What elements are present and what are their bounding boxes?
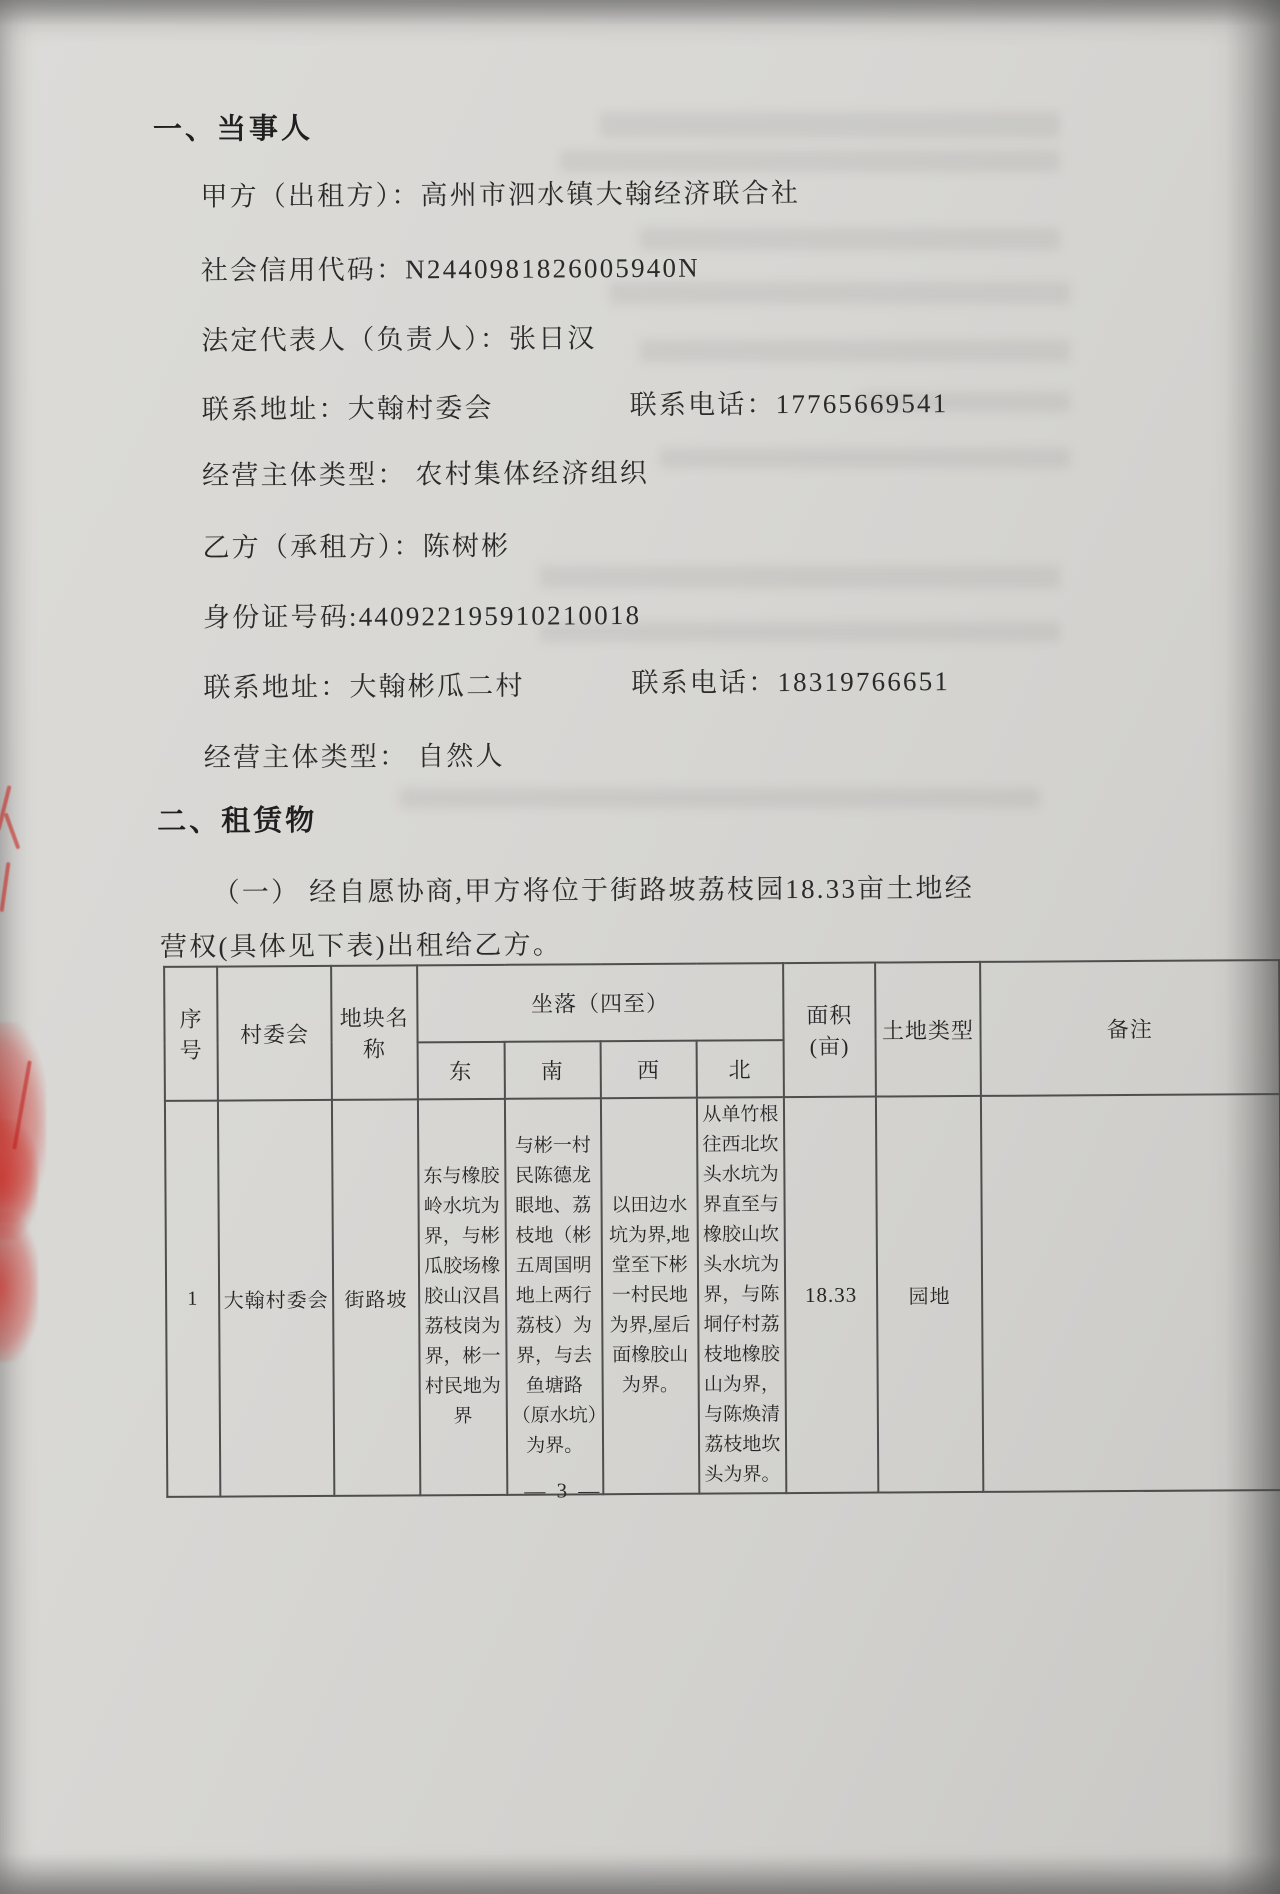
col-header-north: 北 [696,1040,783,1098]
col-header-plot-name: 地块名称 [331,965,418,1100]
party-b-entity-type: 经营主体类型： 自然人 [204,734,505,775]
cell-land-type: 园地 [876,1096,983,1493]
section-heading-lease-object: 二、租赁物 [157,798,317,840]
party-a-credit-code: 社会信用代码：N2440981826005940N [201,246,700,288]
land-parcel-table: 序号 村委会 地块名称 坐落（四至） 面积(亩) 土地类型 备注 东 南 西 北 [163,959,1280,1498]
page-number: — 3 — [473,1478,653,1504]
party-a-address: 联系地址：大翰村委会 [202,386,494,427]
clause-line-1: （一） 经自愿协商,甲方将位于街路坡荔枝园18.33亩土地经 [213,866,974,910]
party-b-id-number: 身份证号码:440922195910210018 [203,593,642,635]
cell-east-boundary: 东与橡胶岭水坑为界，与彬瓜胶场橡胶山汉昌荔枝岗为界，彬一村民地为界 [418,1099,507,1496]
cell-area: 18.33 [784,1097,879,1494]
cell-north-boundary: 从单竹根往西北坎头水坑为界直至与橡胶山坎头水坑为界，与陈垌仔村荔枝地橡胶山为界，… [697,1097,786,1494]
party-b-phone: 联系电话：18319766651 [631,659,950,700]
col-header-village: 村委会 [217,966,331,1101]
table-row: 1 大翰村委会 街路坡 东与橡胶岭水坑为界，与彬瓜胶场橡胶山汉昌荔枝岗为界，彬一… [165,1094,1280,1497]
cell-seq: 1 [165,1101,221,1498]
party-a-legal-representative: 法定代表人（负责人）：张日汉 [201,316,597,357]
cell-south-boundary: 与彬一村民陈德龙眼地、荔枝地（彬五周国明地上两行荔枝）为界，与去鱼塘路（原水坑）… [504,1098,603,1495]
cell-plot-name: 街路坡 [332,1099,420,1496]
col-header-remark: 备注 [980,960,1280,1096]
section-heading-parties: 一、当事人 [153,106,313,148]
party-a-entity-type: 经营主体类型： 农村集体经济组织 [202,451,649,493]
party-b-name: 乙方（承租方）：陈树彬 [202,524,510,565]
col-header-seq: 序号 [164,967,218,1101]
col-header-west: 西 [600,1041,696,1099]
col-header-location-group: 坐落（四至） [417,963,783,1042]
party-b-address: 联系地址：大翰彬瓜二村 [203,664,524,705]
party-a-name: 甲方（出租方）：高州市泗水镇大翰经济联合社 [200,171,800,214]
scanned-contract-page: 一、当事人 甲方（出租方）：高州市泗水镇大翰经济联合社 社会信用代码：N2440… [0,0,1280,1894]
col-header-south: 南 [504,1041,600,1099]
col-header-land-type: 土地类型 [875,962,980,1097]
cell-west-boundary: 以田边水坑为界,地堂至下彬一村民地为界,屋后面橡胶山为界。 [601,1098,700,1495]
cell-village: 大翰村委会 [218,1100,334,1497]
party-a-phone: 联系电话：17765669541 [630,381,949,422]
col-header-area: 面积(亩) [783,963,876,1098]
cell-remark [980,1094,1280,1492]
col-header-east: 东 [417,1042,504,1100]
clause-line-2: 营权(具体见下表)出租给乙方。 [160,922,562,963]
